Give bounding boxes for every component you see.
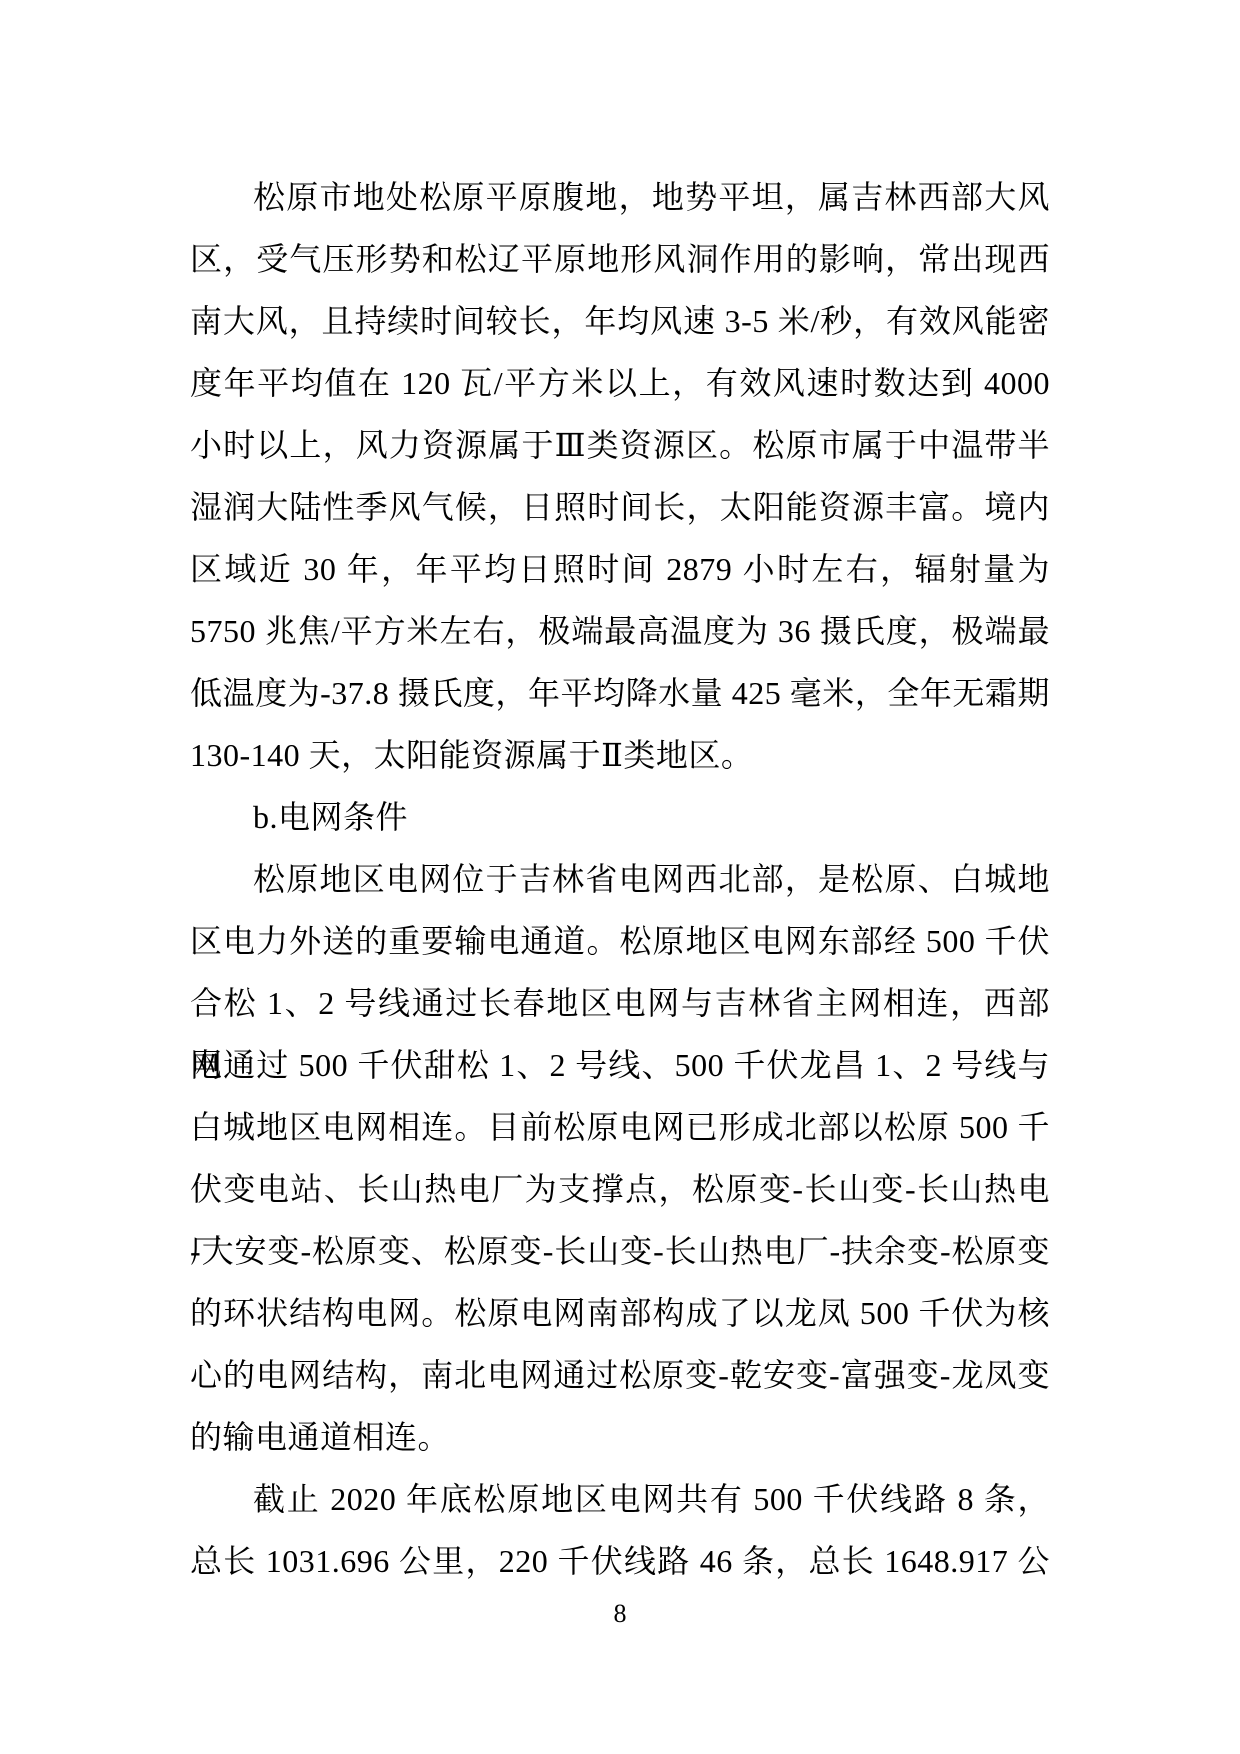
- text-line: 130-140 天，太阳能资源属于Ⅱ类地区。: [190, 724, 1050, 786]
- text-line: 的输电通道相连。: [190, 1406, 1050, 1468]
- text-line: 小时以上，风力资源属于Ⅲ类资源区。松原市属于中温带半: [190, 414, 1050, 476]
- body-text: 松原市地处松原平原腹地，地势平坦，属吉林西部大风区，受气压形势和松辽平原地形风洞…: [190, 166, 1050, 1592]
- text-line: 伏变电站、长山热电厂为支撑点，松原变-长山变-长山热电厂: [190, 1158, 1050, 1220]
- text-line: 网通过 500 千伏甜松 1、2 号线、500 千伏龙昌 1、2 号线与: [190, 1034, 1050, 1096]
- text-line: 截止 2020 年底松原地区电网共有 500 千伏线路 8 条，: [190, 1468, 1050, 1530]
- text-line: 5750 兆焦/平方米左右，极端最高温度为 36 摄氏度，极端最: [190, 600, 1050, 662]
- text-line: 低温度为-37.8 摄氏度，年平均降水量 425 毫米，全年无霜期: [190, 662, 1050, 724]
- text-line: 度年平均值在 120 瓦/平方米以上，有效风速时数达到 4000: [190, 352, 1050, 414]
- text-line: 的环状结构电网。松原电网南部构成了以龙凤 500 千伏为核: [190, 1282, 1050, 1344]
- text-line: 区域近 30 年，年平均日照时间 2879 小时左右，辐射量为: [190, 538, 1050, 600]
- text-line: 松原地区电网位于吉林省电网西北部，是松原、白城地: [190, 848, 1050, 910]
- text-line: 心的电网结构，南北电网通过松原变-乾安变-富强变-龙凤变: [190, 1344, 1050, 1406]
- text-line: 合松 1、2 号线通过长春地区电网与吉林省主网相连，西部电: [190, 972, 1050, 1034]
- text-line: 白城地区电网相连。目前松原电网已形成北部以松原 500 千: [190, 1096, 1050, 1158]
- page-number: 8: [0, 1598, 1240, 1630]
- text-line: 松原市地处松原平原腹地，地势平坦，属吉林西部大风: [190, 166, 1050, 228]
- text-line: 湿润大陆性季风气候，日照时间长，太阳能资源丰富。境内: [190, 476, 1050, 538]
- text-line: 区电力外送的重要输电通道。松原地区电网东部经 500 千伏: [190, 910, 1050, 972]
- document-page: 松原市地处松原平原腹地，地势平坦，属吉林西部大风区，受气压形势和松辽平原地形风洞…: [0, 0, 1240, 1754]
- text-line: 区，受气压形势和松辽平原地形风洞作用的影响，常出现西: [190, 228, 1050, 290]
- text-line: 南大风，且持续时间较长，年均风速 3-5 米/秒，有效风能密: [190, 290, 1050, 352]
- text-line: 总长 1031.696 公里，220 千伏线路 46 条，总长 1648.917…: [190, 1530, 1050, 1592]
- text-line: -大安变-松原变、松原变-长山变-长山热电厂-扶余变-松原变: [190, 1220, 1050, 1282]
- text-line: b.电网条件: [190, 786, 1050, 848]
